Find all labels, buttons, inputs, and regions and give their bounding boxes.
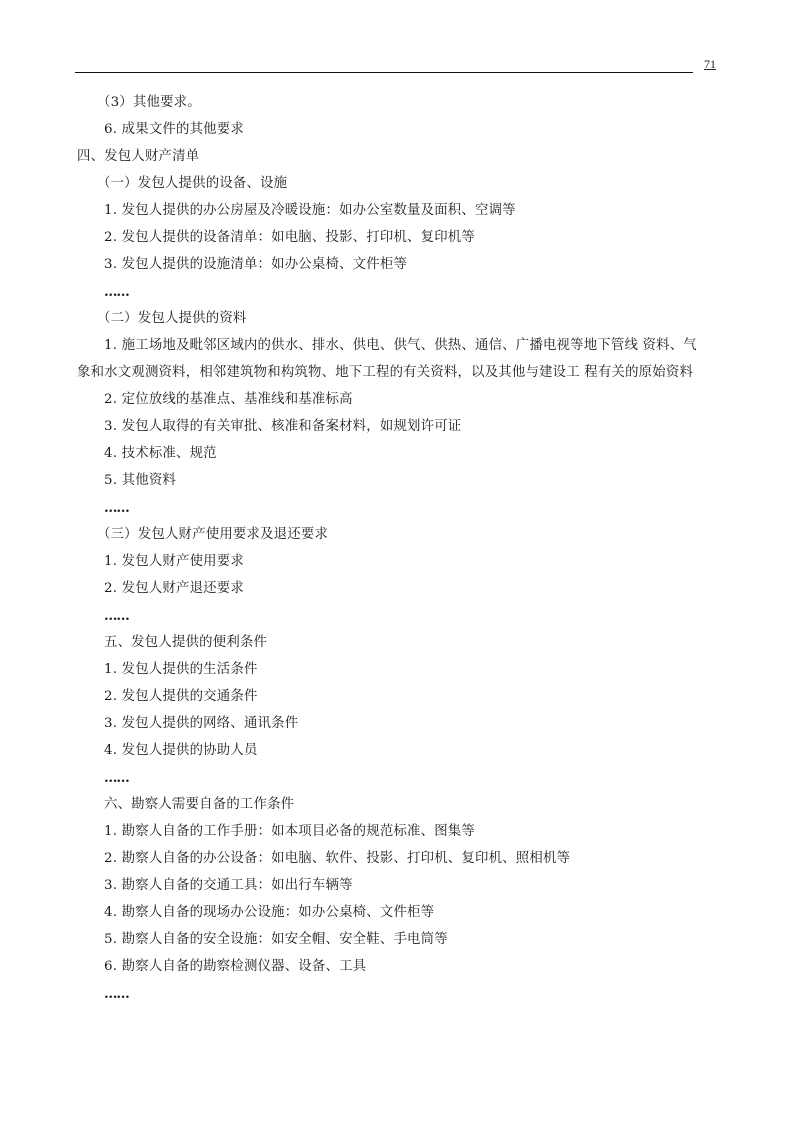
text-line: 象和水文观测资料，相邻建筑物和构筑物、地下工程的有关资料，以及其他与建设工 程有… [77, 365, 693, 381]
ellipsis-line: …… [104, 986, 129, 1002]
text-line: 3. 发包人提供的网络、通讯条件 [104, 716, 298, 732]
text-line: 6. 成果文件的其他要求 [104, 122, 244, 138]
text-line: （二）发包人提供的资料 [97, 311, 247, 327]
header-rule [75, 72, 693, 73]
text-line: 1. 勘察人自备的工作手册：如本项目必备的规范标准、图集等 [104, 824, 475, 840]
text-line: 四、发包人财产清单 [77, 149, 199, 165]
page-number: 71 [704, 57, 716, 72]
text-line: （三）发包人财产使用要求及退还要求 [97, 527, 328, 543]
text-line: 1. 施工场地及毗邻区域内的供水、排水、供电、供气、供热、通信、广播电视等地下管… [104, 338, 697, 354]
text-line: （3）其他要求。 [97, 95, 201, 111]
text-line: （一）发包人提供的设备、设施 [97, 176, 287, 192]
text-line: 5. 勘察人自备的安全设施：如安全帽、安全鞋、手电筒等 [104, 932, 448, 948]
ellipsis-line: …… [104, 284, 129, 300]
text-line: 1. 发包人提供的生活条件 [104, 662, 258, 678]
text-line: 2. 发包人提供的设备清单：如电脑、投影、打印机、复印机等 [104, 230, 475, 246]
text-line: 4. 技术标准、规范 [104, 446, 217, 462]
ellipsis-line: …… [104, 608, 129, 624]
text-line: 2. 定位放线的基准点、基准线和基准标高 [104, 392, 353, 408]
text-line: 2. 发包人财产退还要求 [104, 581, 244, 597]
text-line: 1. 发包人财产使用要求 [104, 554, 244, 570]
ellipsis-line: …… [104, 500, 129, 516]
text-line: 5. 其他资料 [104, 473, 176, 489]
text-line: 五、发包人提供的便利条件 [104, 635, 267, 651]
text-line: 4. 勘察人自备的现场办公设施：如办公桌椅、文件柜等 [104, 905, 434, 921]
text-line: 3. 发包人提供的设施清单：如办公桌椅、文件柜等 [104, 257, 407, 273]
text-line: 1. 发包人提供的办公房屋及冷暖设施：如办公室数量及面积、空调等 [104, 203, 516, 219]
text-line: 3. 勘察人自备的交通工具：如出行车辆等 [104, 878, 353, 894]
text-line: 六、勘察人需要自备的工作条件 [104, 797, 294, 813]
text-line: 6. 勘察人自备的勘察检测仪器、设备、工具 [104, 959, 366, 975]
text-line: 2. 勘察人自备的办公设备：如电脑、软件、投影、打印机、复印机、照相机等 [104, 851, 570, 867]
text-line: 3. 发包人取得的有关审批、核准和备案材料，如规划许可证 [104, 419, 461, 435]
ellipsis-line: …… [104, 770, 129, 786]
text-line: 4. 发包人提供的协助人员 [104, 743, 258, 759]
text-line: 2. 发包人提供的交通条件 [104, 689, 258, 705]
